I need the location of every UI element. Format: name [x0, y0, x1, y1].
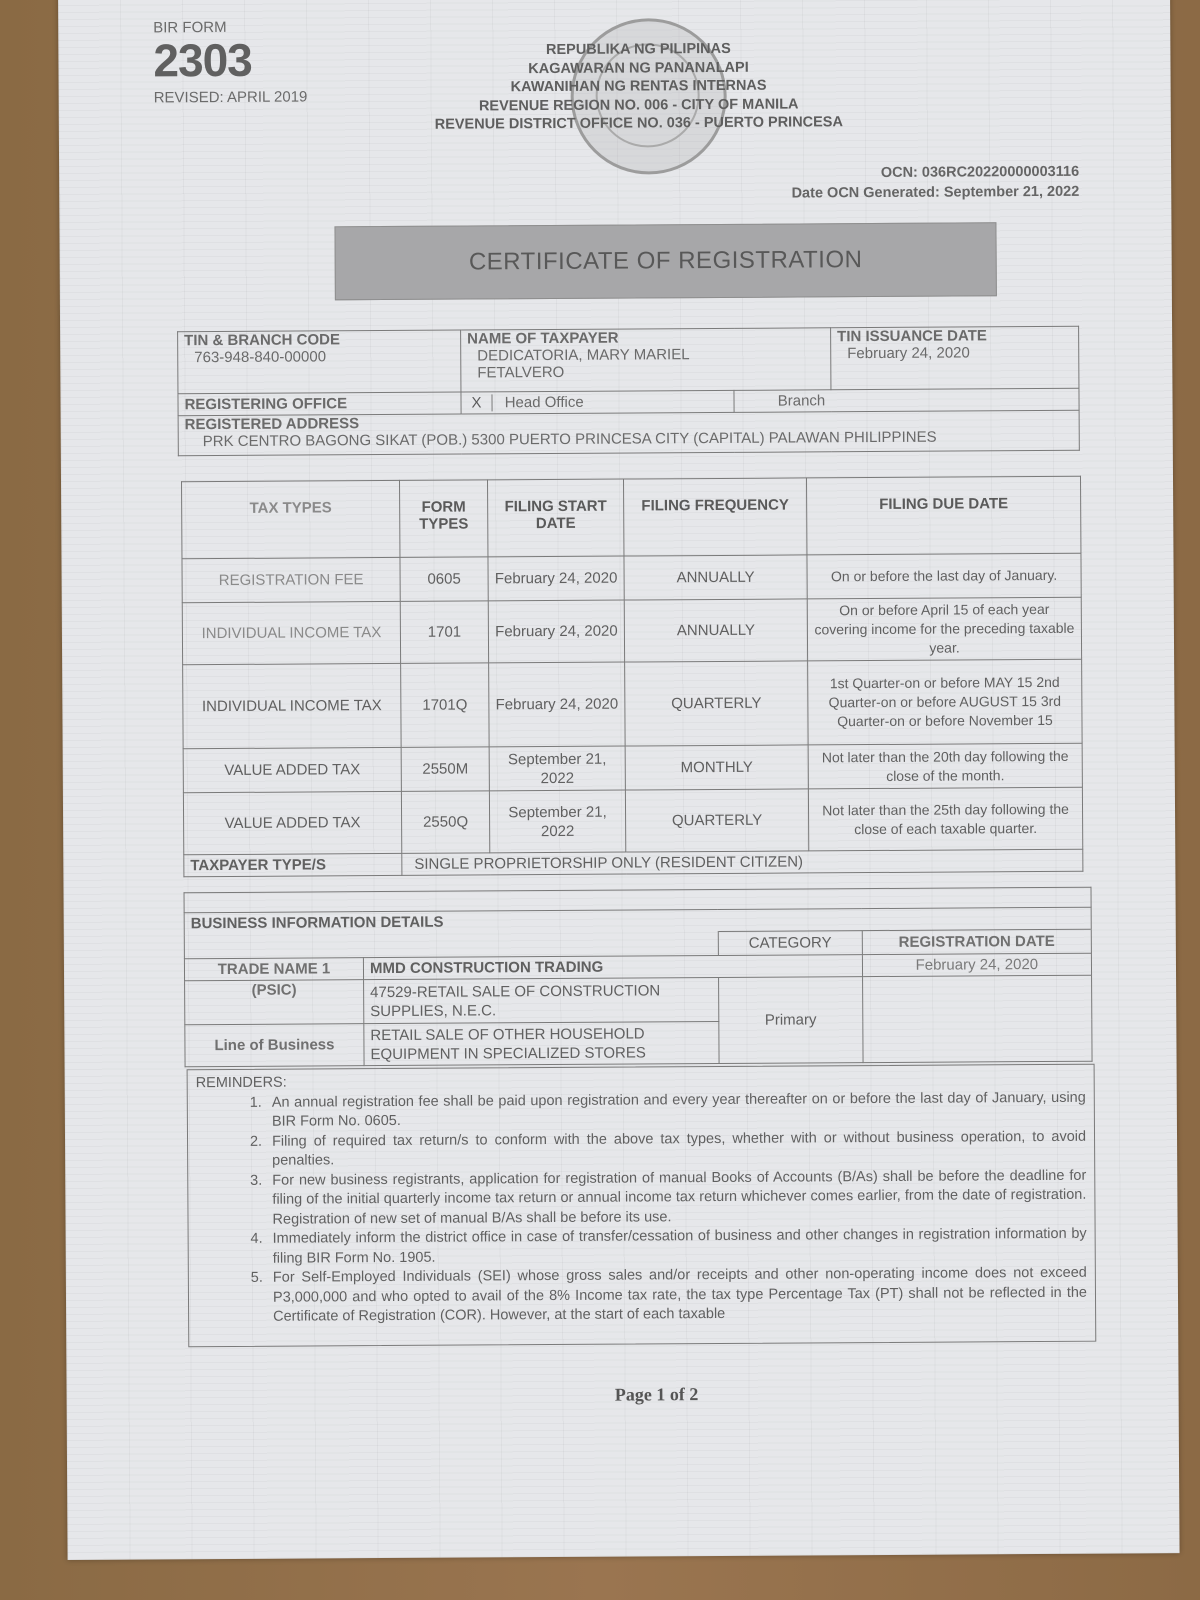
table-row: INDIVIDUAL INCOME TAX 1701Q February 24,… [183, 659, 1082, 748]
taxpayer-name-line1: DEDICATORIA, MARY MARIEL [467, 345, 824, 364]
document-page: BIR FORM 2303 REVISED: APRIL 2019 REPUBL… [58, 0, 1180, 1560]
frequency-cell: QUARTERLY [625, 661, 809, 746]
head-office-label: Head Office [497, 394, 584, 412]
psic-label: (PSIC) [185, 980, 364, 1025]
form-number: 2303 [153, 33, 252, 88]
header-tax-types: TAX TYPES [182, 480, 400, 558]
reminder-item: Immediately inform the district office i… [267, 1225, 1087, 1269]
header-form-types: FORM TYPES [400, 480, 488, 558]
reminder-item: For Self-Employed Individuals (SEI) whos… [267, 1264, 1087, 1328]
agency-header: REPUBLIKA NG PILIPINAS KAGAWARAN NG PANA… [358, 39, 919, 135]
tax-types-table: TAX TYPES FORM TYPES FILING START DATE F… [181, 476, 1083, 877]
branch-label: Branch [770, 392, 826, 409]
category-header: CATEGORY [718, 931, 862, 956]
ocn-generated-date: Date OCN Generated: September 21, 2022 [679, 182, 1079, 204]
taxpayer-info-table: TIN & BRANCH CODE 763-948-840-00000 NAME… [177, 326, 1080, 457]
header-filing-start-date: FILING START DATE [488, 479, 624, 557]
tax-type-cell: VALUE ADDED TAX [183, 791, 401, 854]
header-filing-due-date: FILING DUE DATE [806, 476, 1080, 555]
tax-type-cell: REGISTRATION FEE [182, 557, 400, 602]
taxpayer-type-row: TAXPAYER TYPE/S SINGLE PROPRIETORSHIP ON… [184, 849, 1083, 876]
form-type-cell: 1701Q [401, 663, 490, 748]
start-date-cell: September 21, 2022 [489, 790, 625, 853]
table-row: REGISTRATION FEE 0605 February 24, 2020 … [182, 553, 1081, 602]
frequency-cell: ANNUALLY [624, 555, 807, 600]
line-of-business-label: Line of Business [185, 1024, 364, 1067]
table-row: VALUE ADDED TAX 2550Q September 21, 2022… [183, 787, 1082, 854]
due-date-cell: Not later than the 20th day following th… [808, 743, 1082, 789]
tin-value: 763-948-840-00000 [184, 348, 454, 367]
registration-date-value: February 24, 2020 [862, 953, 1091, 976]
table-row: VALUE ADDED TAX 2550M September 21, 2022… [183, 743, 1082, 792]
taxpayer-name-line2: FETALVERO [467, 362, 824, 381]
trade-name-value: MMD CONSTRUCTION TRADING [363, 955, 862, 980]
taxpayer-name-label: NAME OF TAXPAYER [467, 328, 824, 347]
ocn-number: OCN: 036RC20220000003116 [679, 162, 1079, 184]
header-filing-frequency: FILING FREQUENCY [623, 478, 806, 556]
due-date-cell: 1st Quarter-on or before MAY 15 2nd Quar… [808, 659, 1083, 745]
tax-table-header-row: TAX TYPES FORM TYPES FILING START DATE F… [182, 476, 1081, 558]
tax-type-cell: INDIVIDUAL INCOME TAX [183, 663, 402, 748]
reminder-item: Filing of required tax return/s to confo… [266, 1127, 1086, 1171]
taxpayer-type-value: SINGLE PROPRIETORSHIP ONLY (RESIDENT CIT… [402, 849, 1083, 875]
tax-type-cell: INDIVIDUAL INCOME TAX [182, 601, 400, 664]
due-date-cell: On or before the last day of January. [807, 553, 1081, 599]
table-row: INDIVIDUAL INCOME TAX 1701 February 24, … [182, 597, 1081, 664]
tin-label: TIN & BRANCH CODE [184, 331, 454, 350]
category-value: Primary [718, 977, 862, 1064]
due-date-cell: Not later than the 25th day following th… [808, 787, 1082, 851]
agency-line: REVENUE DISTRICT OFFICE NO. 036 - PUERTO… [359, 113, 919, 135]
business-info-table: BUSINESS INFORMATION DETAILS CATEGORY RE… [184, 887, 1093, 1068]
reminder-item: For new business registrants, applicatio… [266, 1166, 1086, 1230]
tin-issuance-label: TIN ISSUANCE DATE [837, 327, 1072, 345]
start-date-cell: September 21, 2022 [489, 746, 625, 791]
frequency-cell: ANNUALLY [624, 599, 807, 662]
start-date-cell: February 24, 2020 [488, 600, 624, 663]
psic-value: 47529-RETAIL SALE OF CONSTRUCTION SUPPLI… [364, 977, 719, 1023]
reminders-section: REMINDERS: An annual registration fee sh… [187, 1064, 1097, 1348]
registering-office-label: REGISTERING OFFICE [178, 392, 461, 416]
form-type-cell: 0605 [400, 557, 488, 602]
form-revision: REVISED: APRIL 2019 [154, 88, 308, 106]
form-type-cell: 2550M [401, 747, 489, 792]
start-date-cell: February 24, 2020 [488, 556, 624, 601]
frequency-cell: QUARTERLY [625, 789, 808, 852]
taxpayer-type-label: TAXPAYER TYPE/S [184, 853, 402, 876]
form-type-cell: 1701 [400, 601, 488, 664]
head-office-checkbox: X [461, 394, 492, 411]
tin-issuance-value: February 24, 2020 [837, 344, 1072, 362]
certificate-title: CERTIFICATE OF REGISTRATION [334, 222, 996, 300]
ocn-block: OCN: 036RC20220000003116 Date OCN Genera… [679, 162, 1079, 204]
frequency-cell: MONTHLY [625, 745, 808, 790]
registration-date-header: REGISTRATION DATE [862, 929, 1091, 954]
trade-name-label: TRADE NAME 1 [184, 958, 363, 981]
reminder-item: An annual registration fee shall be paid… [266, 1088, 1086, 1132]
page-number: Page 1 of 2 [557, 1384, 757, 1406]
line-of-business-value: RETAIL SALE OF OTHER HOUSEHOLD EQUIPMENT… [364, 1021, 719, 1065]
form-type-cell: 2550Q [401, 791, 489, 854]
start-date-cell: February 24, 2020 [489, 662, 626, 747]
tax-type-cell: VALUE ADDED TAX [183, 747, 401, 792]
due-date-cell: On or before April 15 of each year cover… [807, 597, 1081, 661]
